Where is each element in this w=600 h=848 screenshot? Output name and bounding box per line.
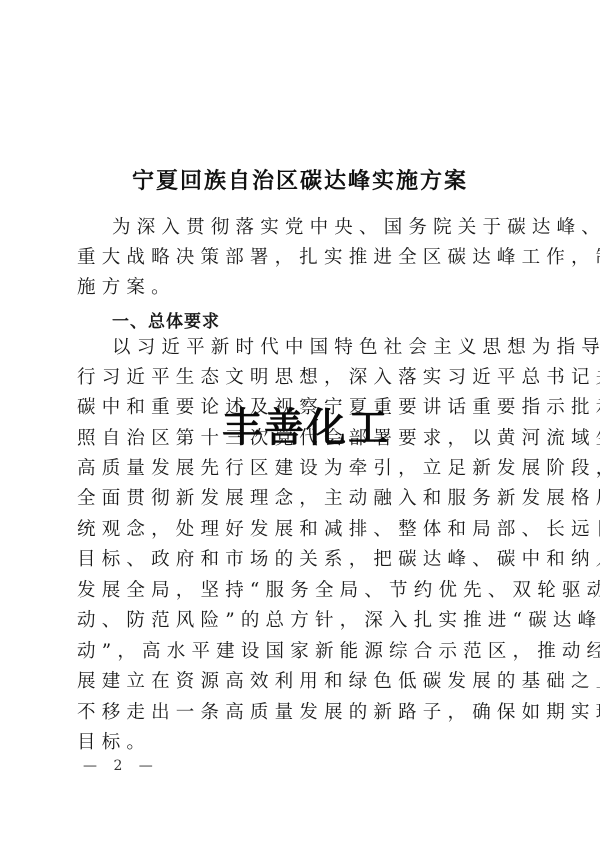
body-line-1: 以习近平新时代中国特色社会主义思想为指导，忠实践: [112, 337, 525, 359]
body-line-5: 高质量发展先行区建设为牵引，立足新发展阶段，完整准确: [77, 458, 525, 480]
body-line-7: 统观念，处理好发展和减排、整体和局部、长远目标和短期: [77, 519, 525, 541]
body-line-2: 行习近平生态文明思想，深入落实习近平总书记关于碳达峰: [77, 367, 525, 389]
intro-line-3: 施方案。: [77, 277, 525, 299]
intro-line-2: 重大战略决策部署，扎实推进全区碳达峰工作，制定如下实: [77, 247, 525, 269]
section-heading: 一、总体要求: [112, 307, 220, 332]
document-title: 宁夏回族自治区碳达峰实施方案: [0, 164, 600, 195]
body-line-9: 发展全局，坚持“服务全局、节约优先、双轮驱动、协同联: [77, 580, 525, 602]
watermark: 丰善化工: [222, 404, 390, 452]
body-line-11: 动”，高水平建设国家新能源综合示范区，推动经济社会发: [77, 641, 525, 663]
body-line-10: 动、防范风险”的总方针，深入扎实推进“碳达峰十大行: [77, 610, 525, 632]
page-number: — 2 —: [83, 758, 159, 774]
body-line-8: 目标、政府和市场的关系，把碳达峰、碳中和纳入经济社会: [77, 549, 525, 571]
body-line-13: 不移走出一条高质量发展的新路子，确保如期实现碳达峰: [77, 702, 525, 724]
body-line-12: 展建立在资源高效利用和绿色低碳发展的基础之上，坚定: [77, 671, 525, 693]
intro-line-1: 为深入贯彻落实党中央、国务院关于碳达峰、碳中和的: [112, 217, 525, 239]
body-line-14: 目标。: [77, 732, 525, 754]
body-line-6: 全面贯彻新发展理念，主动融入和服务新发展格局，坚持系: [77, 488, 525, 510]
